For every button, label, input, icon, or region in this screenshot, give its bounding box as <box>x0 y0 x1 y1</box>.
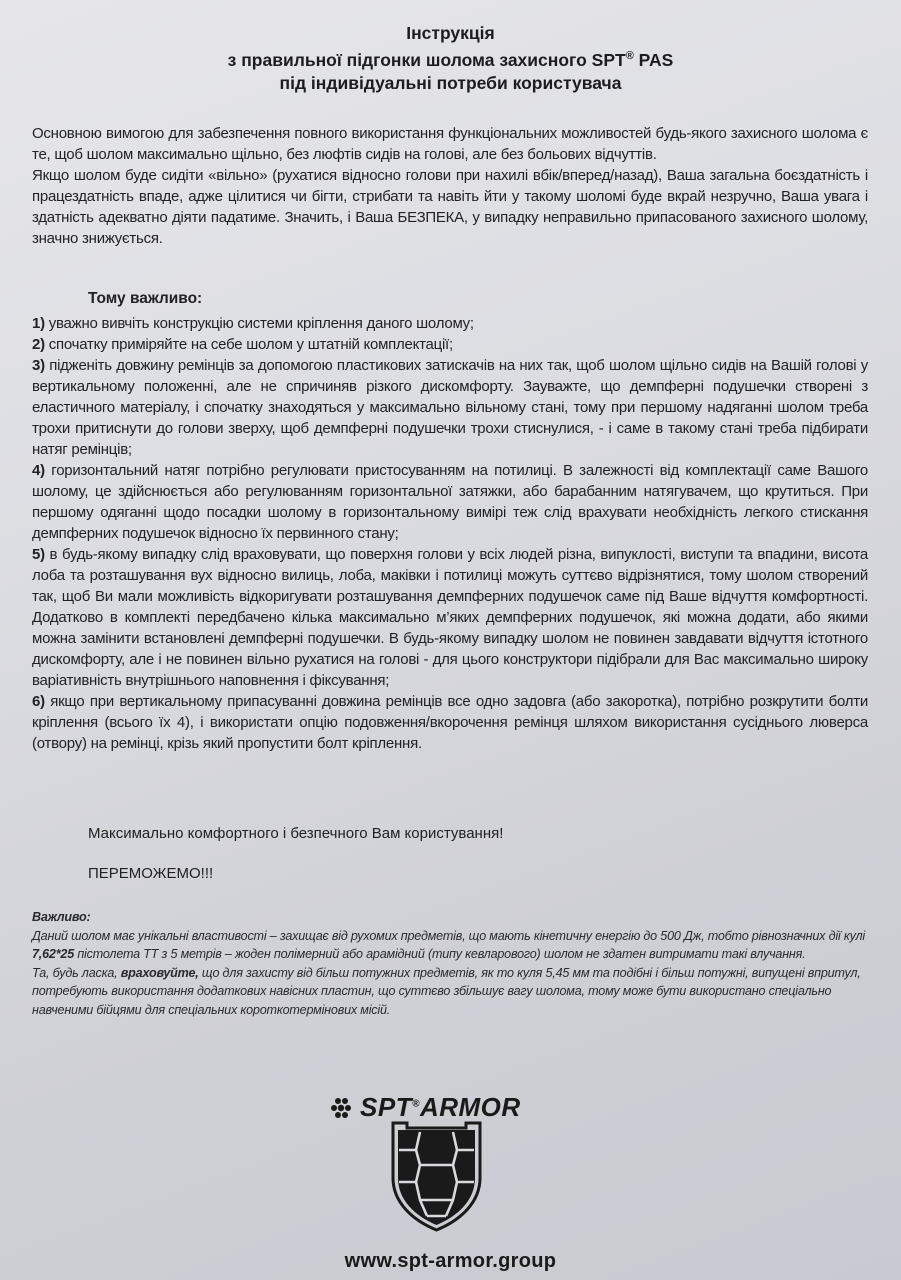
website-url: www.spt-armor.group <box>0 1250 901 1273</box>
title-line-2: з правильної підгонки шолома захисного S… <box>0 45 901 72</box>
list-item: 4) горизонтальний натяг потрібно регулюв… <box>32 460 868 544</box>
brand-name: SPT®ARMOR <box>360 1092 521 1123</box>
important-heading: Тому важливо: <box>88 290 202 308</box>
brand-logo: SPT®ARMOR <box>330 1092 570 1123</box>
closing-slogan: ПЕРЕМОЖЕМО!!! <box>88 865 213 882</box>
title-line-3: під індивідуальні потреби користувача <box>0 72 901 95</box>
list-item: 1) уважно вивчіть конструкцію системи кр… <box>32 313 868 334</box>
important-note: Важливо: Даний шолом має унікальні власт… <box>32 908 872 1019</box>
shield-turtle-shell-icon <box>389 1120 484 1232</box>
intro-paragraph-1: Основною вимогою для забезпечення повног… <box>32 123 868 165</box>
list-item: 6) якщо при вертикальному припасуванні д… <box>32 691 868 754</box>
title-line-1: Інструкція <box>0 22 901 45</box>
intro-section: Основною вимогою для забезпечення повног… <box>32 123 868 249</box>
closing-wish: Максимально комфортного і безпечного Вам… <box>88 825 503 842</box>
instruction-list: 1) уважно вивчіть конструкцію системи кр… <box>32 313 868 754</box>
document-page: Інструкція з правильної підгонки шолома … <box>0 0 901 1280</box>
note-paragraph-2: Та, будь ласка, враховуйте, що для захис… <box>32 964 872 1020</box>
list-item: 3) підженіть довжину ремінців за допомог… <box>32 355 868 460</box>
document-title: Інструкція з правильної підгонки шолома … <box>0 22 901 95</box>
registered-mark: ® <box>626 50 634 62</box>
list-item: 5) в будь-якому випадку слід враховувати… <box>32 544 868 691</box>
note-paragraph-1: Даний шолом має унікальні властивості – … <box>32 927 872 964</box>
note-heading: Важливо: <box>32 908 872 927</box>
intro-paragraph-2: Якщо шолом буде сидіти «вільно» (рухатис… <box>32 165 868 249</box>
molecule-icon <box>330 1097 356 1119</box>
list-item: 2) спочатку приміряйте на себе шолом у ш… <box>32 334 868 355</box>
